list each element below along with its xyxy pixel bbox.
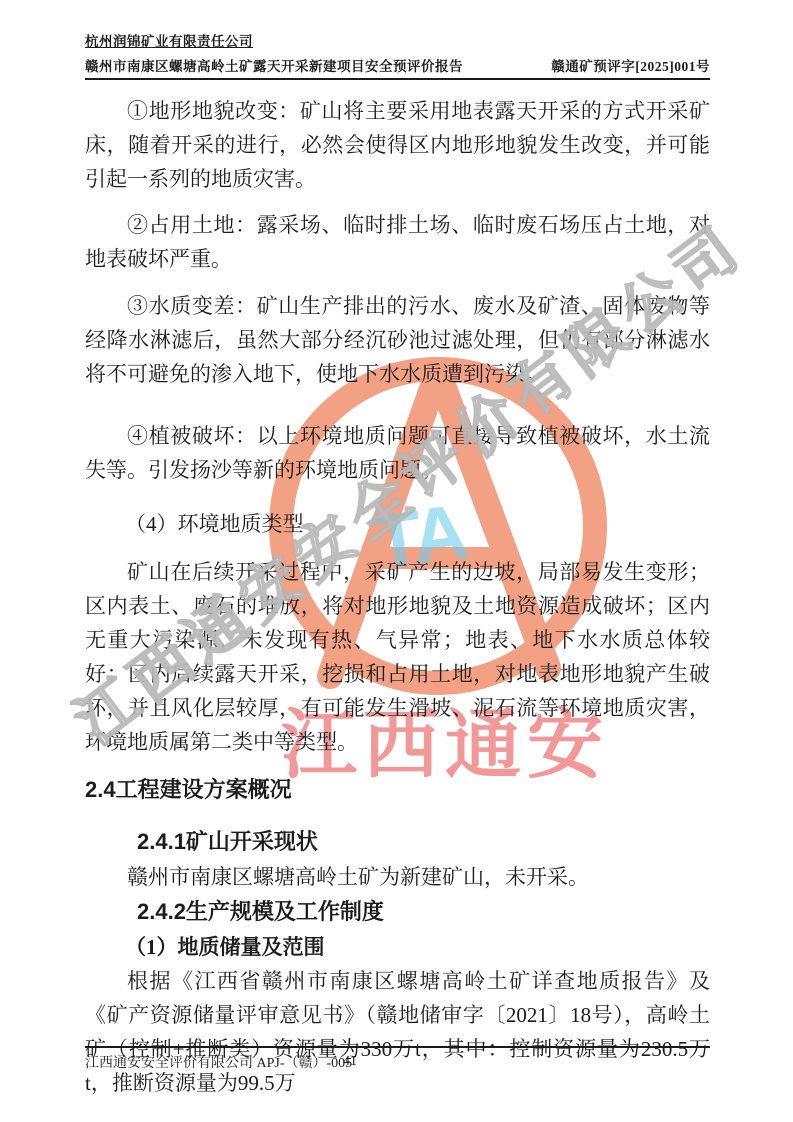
page-footer: 江西通安安全评价有限公司 APJ-（赣）-005 41 — [85, 1046, 710, 1072]
document-content: 杭州润锦矿业有限责任公司 赣州市南康区螺塘高岭土矿露天开采新建项目安全预评价报告… — [0, 0, 793, 1100]
paragraph-vegetation-damage: ④植被破坏：以上环境地质问题可直接导致植被破坏，水土流失等。引发扬沙等新的环境地… — [85, 419, 710, 487]
heading-2-4-2-production-scale: 2.4.2生产规模及工作制度 — [85, 894, 710, 930]
paragraph-land-occupation: ②占用土地：露采场、临时排土场、临时废石场压占土地，对地表破坏严重。 — [85, 208, 710, 276]
paragraph-terrain-change: ①地形地貌改变：矿山将主要采用地表露天开采的方式开采矿床，随着开采的进行，必然会… — [85, 94, 710, 196]
paragraph-env-geology-assessment: 矿山在后续开采过程中，采矿产生的边坡，局部易发生变形；区内表土、废石的堆放，将对… — [85, 555, 710, 759]
footer-page-number: 41 — [343, 1054, 357, 1070]
header-report-title: 赣州市南康区螺塘高岭土矿露天开采新建项目安全预评价报告 — [85, 55, 463, 75]
heading-geological-reserves: （1）地质储量及范围 — [85, 930, 710, 964]
subhead-env-geology-type: （4）环境地质类型 — [85, 507, 710, 541]
paragraph-reserves-detail: 根据《江西省赣州市南康区螺塘高岭土矿详查地质报告》及《矿产资源储量评审意见书》（… — [85, 964, 710, 1100]
document-page: TA 江西通安 杭州润锦矿业有限责任公司 赣州市南康区螺塘高岭土矿露天开采新建项… — [0, 0, 793, 1122]
header-company-name: 杭州润锦矿业有限责任公司 — [85, 30, 710, 50]
heading-2-4-1-mining-status: 2.4.1矿山开采现状 — [85, 824, 710, 860]
header-title-row: 赣州市南康区螺塘高岭土矿露天开采新建项目安全预评价报告 赣通矿预评字[2025]… — [85, 55, 710, 80]
heading-2-4-project-overview: 2.4工程建设方案概况 — [85, 772, 710, 808]
paragraph-water-quality: ③水质变差：矿山生产排出的污水、废水及矿渣、固体废物等经降水淋滤后，虽然大部分经… — [85, 289, 710, 391]
paragraph-new-mine-status: 赣州市南康区螺塘高岭土矿为新建矿山，未开采。 — [85, 860, 710, 894]
header-doc-number: 赣通矿预评字[2025]001号 — [551, 55, 710, 75]
footer-company-code: 江西通安安全评价有限公司 APJ-（赣）-005 — [85, 1056, 352, 1071]
